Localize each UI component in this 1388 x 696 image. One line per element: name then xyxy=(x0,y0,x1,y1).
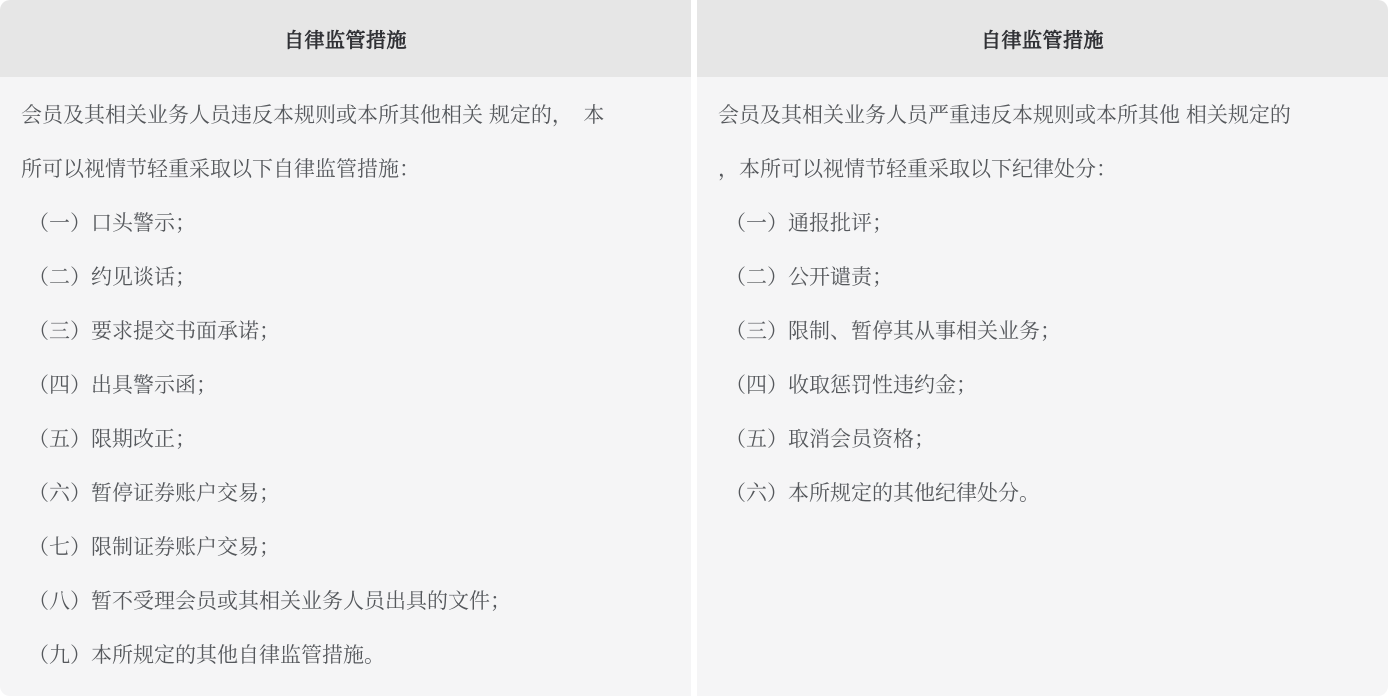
column-body: 会员及其相关业务人员严重违反本规则或本所其他 相关规定的 ，本所可以视情节轻重采… xyxy=(697,77,1388,696)
list-item: （二）约见谈话； xyxy=(28,251,667,305)
list-item: （三）要求提交书面承诺； xyxy=(28,305,667,359)
column-disciplinary: 自律监管措施 会员及其相关业务人员严重违反本规则或本所其他 相关规定的 ，本所可… xyxy=(697,0,1388,696)
column-header: 自律监管措施 xyxy=(697,0,1388,77)
list-item: （七）限制证券账户交易； xyxy=(28,521,667,575)
intro-line: ，本所可以视情节轻重采取以下纪律处分： xyxy=(718,143,1364,197)
list-item: （五）限期改正； xyxy=(28,413,667,467)
column-body: 会员及其相关业务人员违反本规则或本所其他相关 规定的， 本 所可以视情节轻重采取… xyxy=(0,77,691,696)
list-item: （三）限制、暂停其从事相关业务； xyxy=(725,305,1364,359)
intro-line: 所可以视情节轻重采取以下自律监管措施： xyxy=(21,143,667,197)
intro-line: 会员及其相关业务人员违反本规则或本所其他相关 规定的， 本 xyxy=(21,89,667,143)
column-header-label: 自律监管措施 xyxy=(981,24,1104,53)
list-item: （四）收取惩罚性违约金； xyxy=(725,359,1364,413)
self-regulatory-measures-table: 自律监管措施 会员及其相关业务人员违反本规则或本所其他相关 规定的， 本 所可以… xyxy=(0,0,1388,696)
list-item: （九）本所规定的其他自律监管措施。 xyxy=(28,629,667,683)
column-header: 自律监管措施 xyxy=(0,0,691,77)
list-item: （六）暂停证券账户交易； xyxy=(28,467,667,521)
list-item: （一）通报批评； xyxy=(725,197,1364,251)
intro-line: 会员及其相关业务人员严重违反本规则或本所其他 相关规定的 xyxy=(718,89,1364,143)
list-item: （一）口头警示； xyxy=(28,197,667,251)
list-item: （五）取消会员资格； xyxy=(725,413,1364,467)
list-item: （八）暂不受理会员或其相关业务人员出具的文件； xyxy=(28,575,667,629)
column-measures: 自律监管措施 会员及其相关业务人员违反本规则或本所其他相关 规定的， 本 所可以… xyxy=(0,0,691,696)
column-header-label: 自律监管措施 xyxy=(284,24,407,53)
list-item: （四）出具警示函； xyxy=(28,359,667,413)
list-item: （二）公开谴责； xyxy=(725,251,1364,305)
list-item: （六）本所规定的其他纪律处分。 xyxy=(725,467,1364,521)
